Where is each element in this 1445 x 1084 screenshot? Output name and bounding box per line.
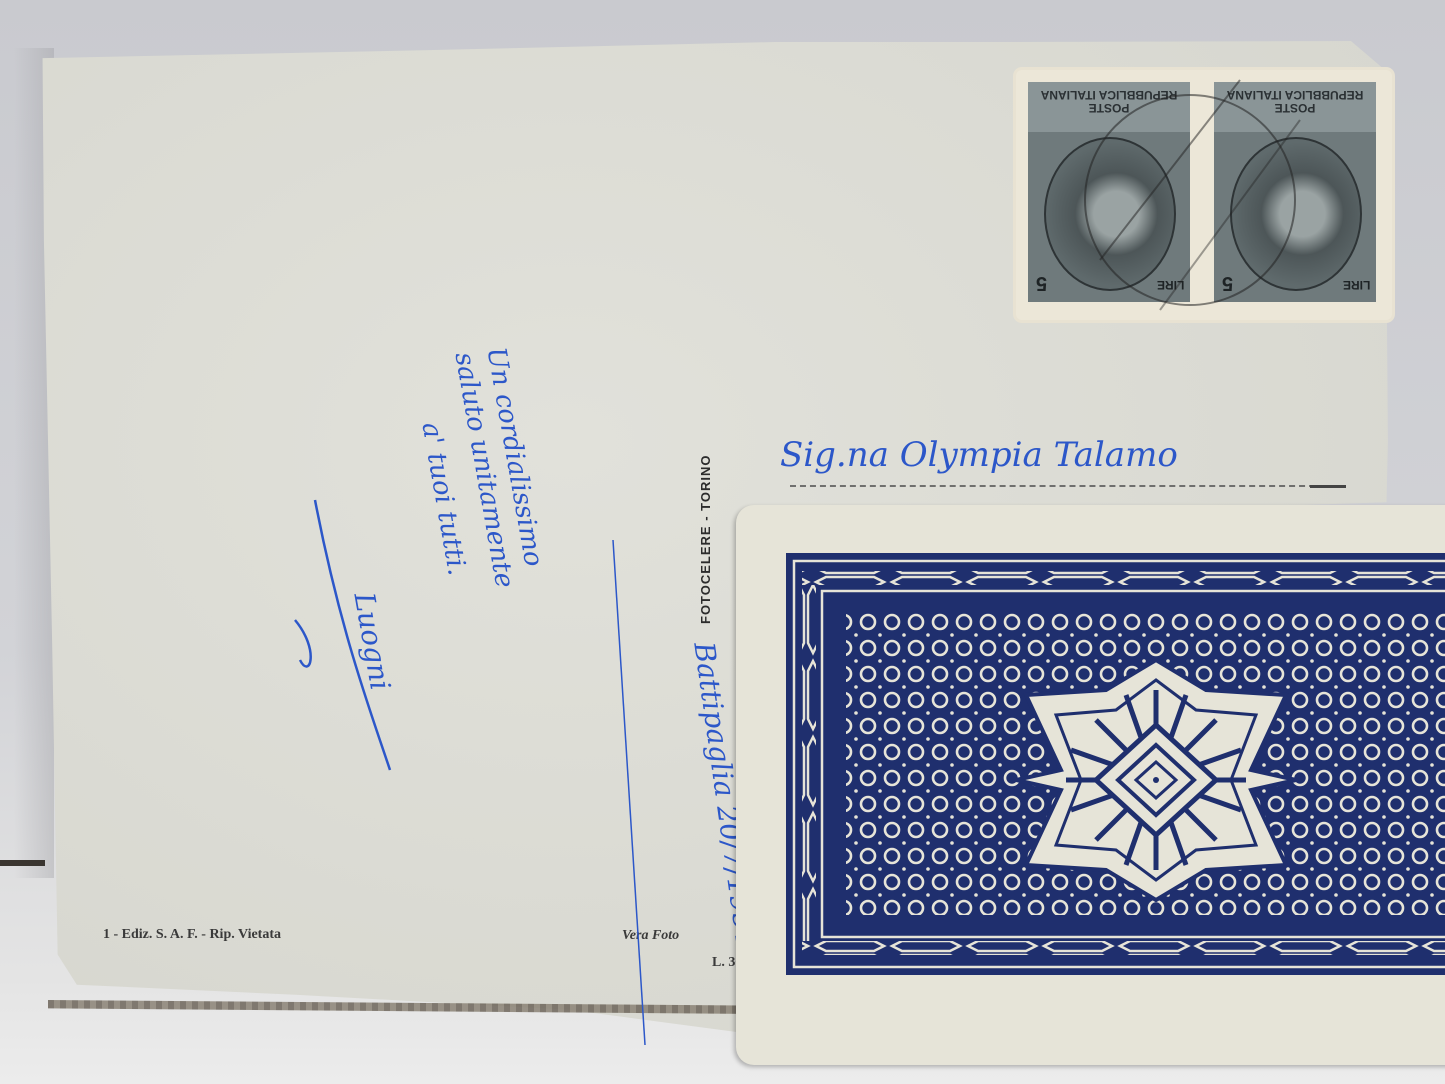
stamp-header: POSTE [1089,101,1130,115]
coin-head-icon [1044,137,1176,291]
stamp-pair: POSTEREPUBBLICA ITALIANA 5 LIRE POSTEREP… [1016,70,1392,320]
signature-flourish-icon [280,480,400,780]
stamp-value: 5 [1036,271,1047,294]
recipient-name: Sig.na Olympia Talamo [780,435,1178,475]
stamp-country: REPUBBLICA ITALIANA [1227,88,1364,102]
coin-head-icon [1230,137,1362,291]
address-line-end [1310,485,1346,488]
stamp: POSTEREPUBBLICA ITALIANA 5 LIRE [1028,82,1190,302]
stamp-country: REPUBBLICA ITALIANA [1041,88,1178,102]
stamp-currency: LIRE [1157,278,1184,292]
stamp: POSTEREPUBBLICA ITALIANA 5 LIRE [1214,82,1376,302]
edition-text: 1 - Ediz. S. A. F. - Rip. Vietata [103,927,281,943]
stamp-value: 5 [1222,271,1233,294]
card-back-pattern-icon [736,505,1445,1065]
divider-pen-line-icon [595,540,675,1050]
address-line [790,485,1345,487]
stamp-header: POSTE [1275,101,1316,115]
playing-card [736,505,1445,1065]
publisher-vertical: FOTOCELERE - TORINO [698,455,713,624]
stamp-currency: LIRE [1343,278,1370,292]
table-edge [0,860,45,866]
